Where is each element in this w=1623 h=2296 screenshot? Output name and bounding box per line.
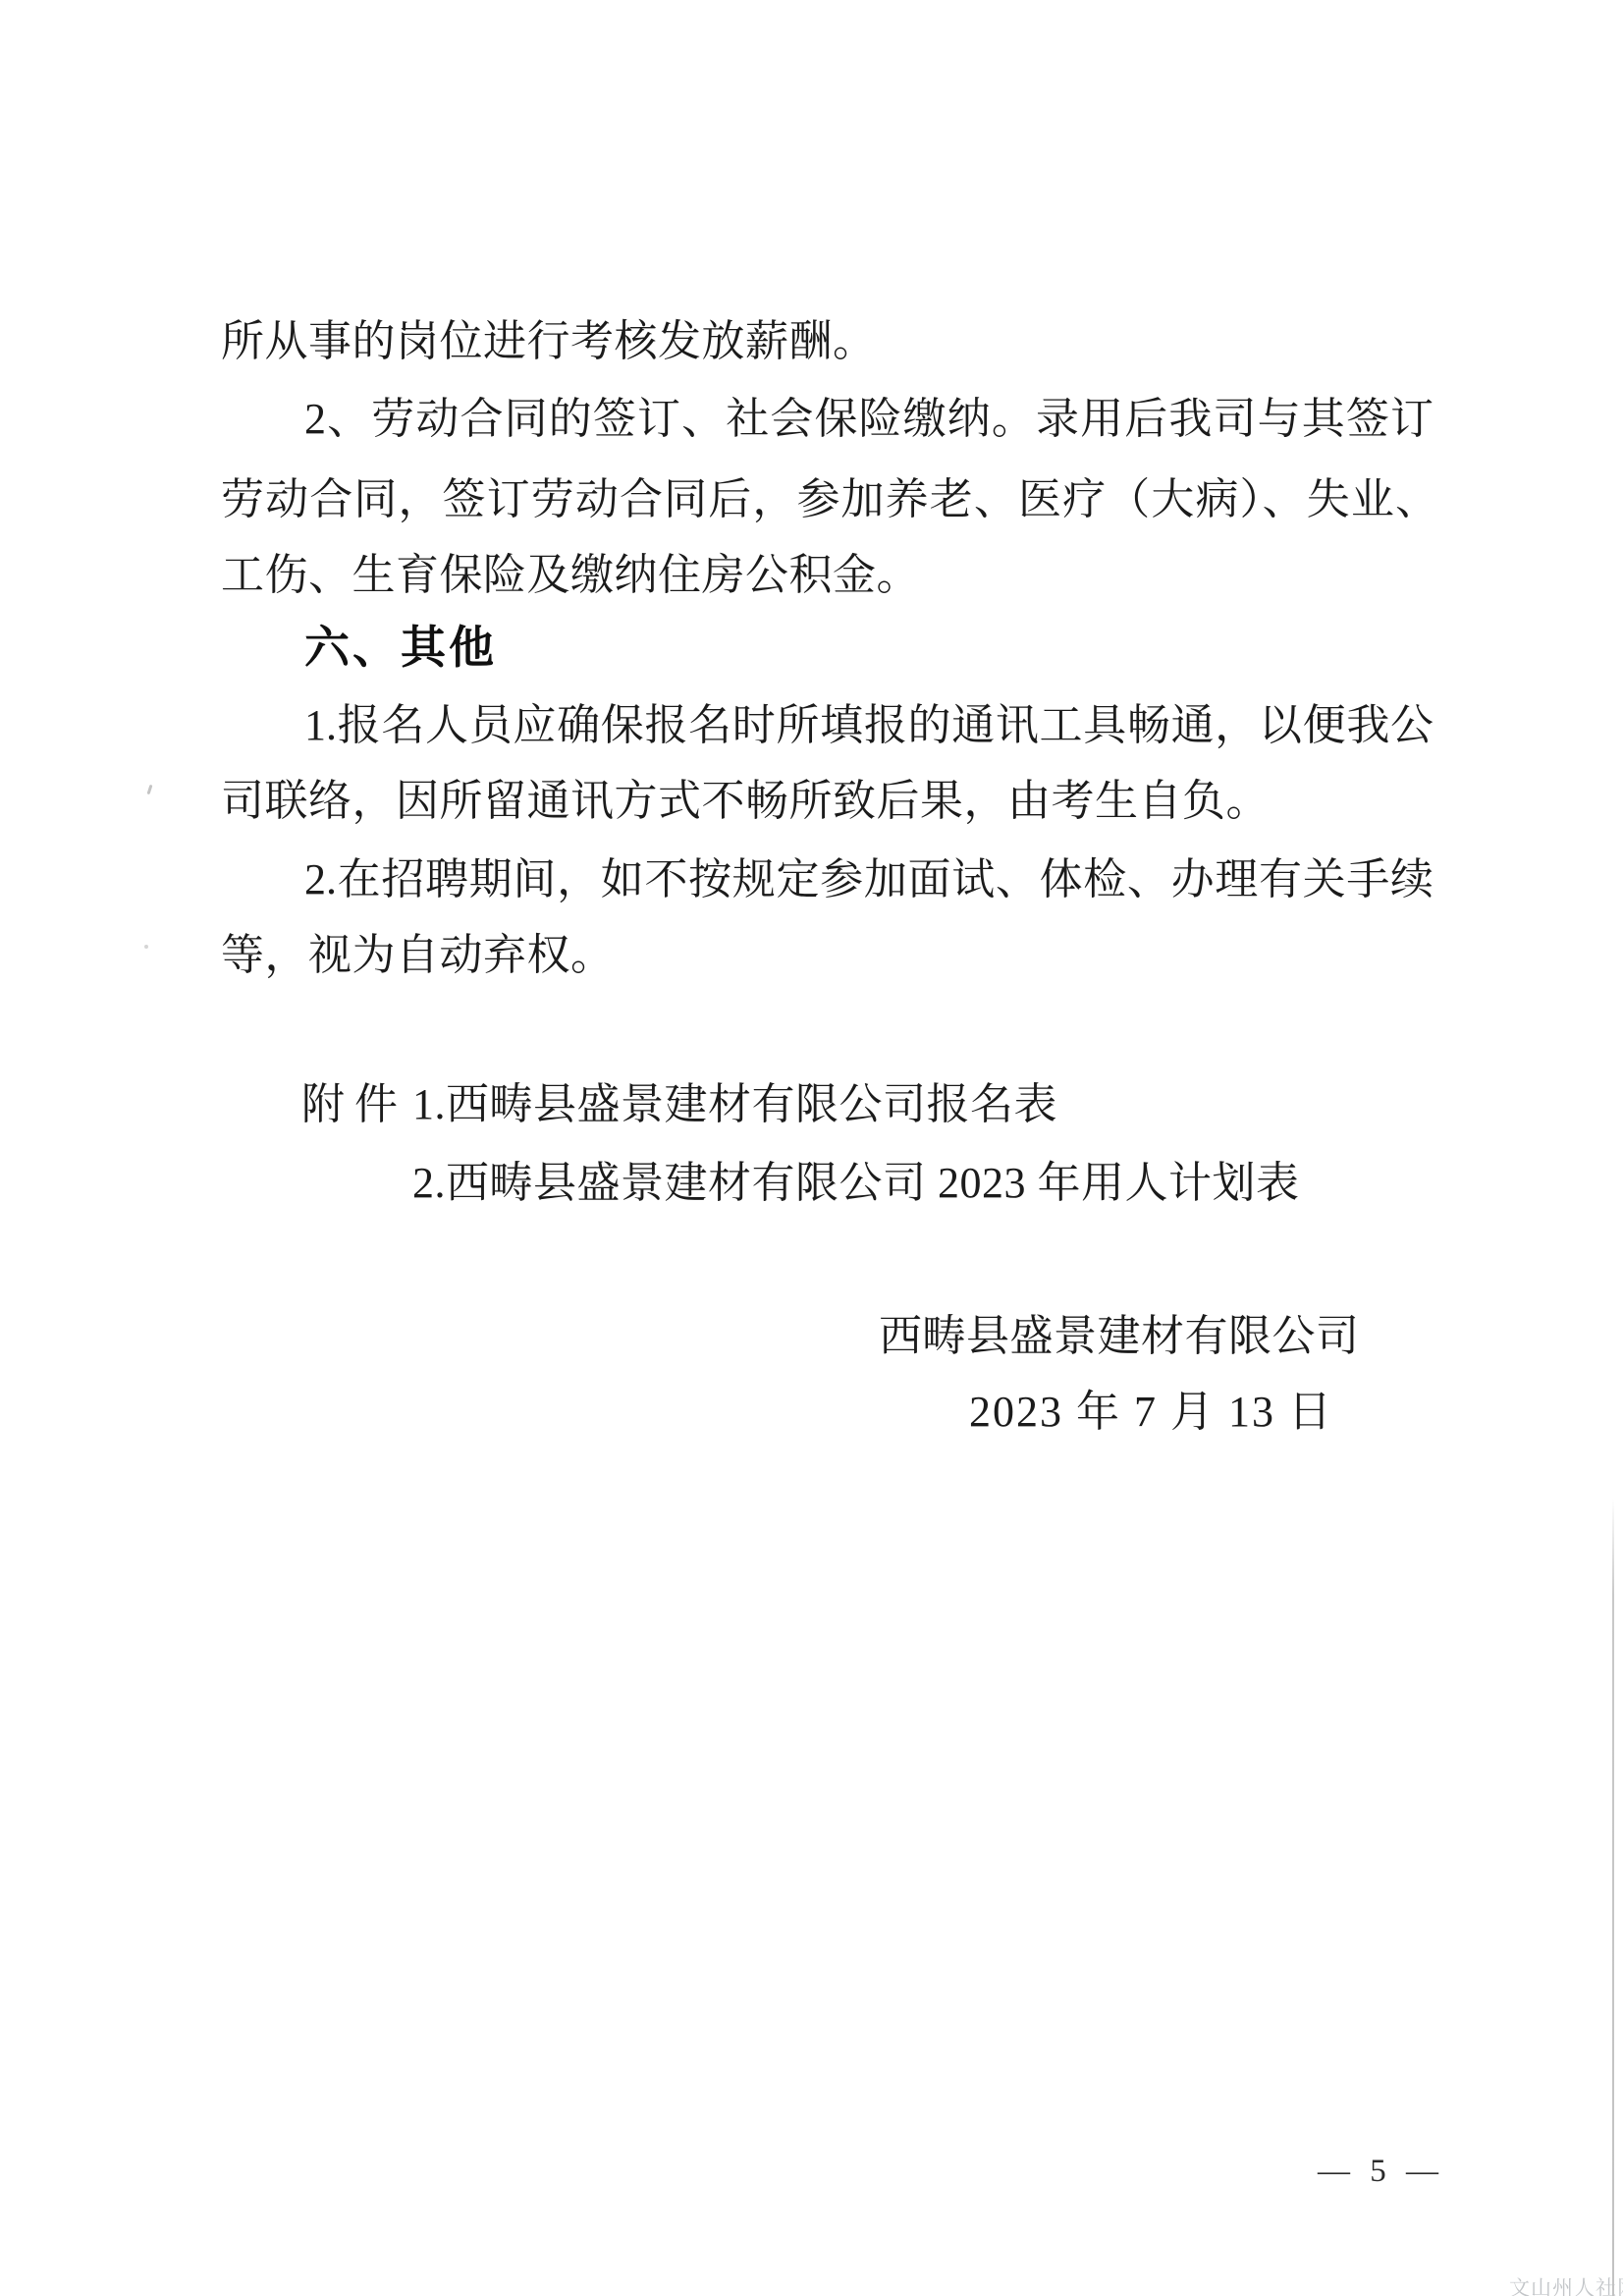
scan-artifact-line (1612, 1499, 1614, 2296)
body-line-contract-1: 2、劳动合同的签订、社会保险缴纳。录用后我司与其签订 (304, 395, 1434, 445)
document-page: 所从事的岗位进行考核发放薪酬。 2、劳动合同的签订、社会保险缴纳。录用后我司与其… (0, 0, 1623, 2296)
body-line-other-1b: 司联络，因所留通讯方式不畅所致后果，由考生自负。 (221, 777, 1270, 827)
attachment-item-1: 1.西畴县盛景建材有限公司报名表 (412, 1080, 1057, 1130)
body-line-salary-tail: 所从事的岗位进行考核发放薪酬。 (221, 317, 877, 367)
body-line-other-1a: 1.报名人员应确保报名时所填报的通讯工具畅通，以便我公 (304, 701, 1434, 751)
page-number: — 5 — (1318, 2154, 1444, 2190)
section-heading-other: 六、其他 (304, 623, 497, 675)
body-line-contract-2: 劳动合同，签订劳动合同后，参加养老、医疗（大病）、失业、 (221, 475, 1438, 525)
body-line-contract-3: 工伤、生育保险及缴纳住房公积金。 (221, 551, 920, 601)
attachment-item-2: 2.西畴县盛景建材有限公司 2023 年用人计划表 (412, 1159, 1300, 1209)
body-line-other-2a: 2.在招聘期间，如不按规定参加面试、体检、办理有关手续 (304, 855, 1434, 905)
attachment-label: 附件 (301, 1080, 407, 1130)
body-line-other-2b: 等，视为自动弃权。 (221, 931, 615, 981)
signature-company: 西畴县盛景建材有限公司 (879, 1312, 1360, 1362)
signature-date: 2023 年 7 月 13 日 (969, 1388, 1333, 1438)
scan-artifact-speck (144, 945, 148, 949)
watermark: 文山州人社网 (1509, 2272, 1623, 2296)
scan-artifact-speck (147, 785, 153, 794)
